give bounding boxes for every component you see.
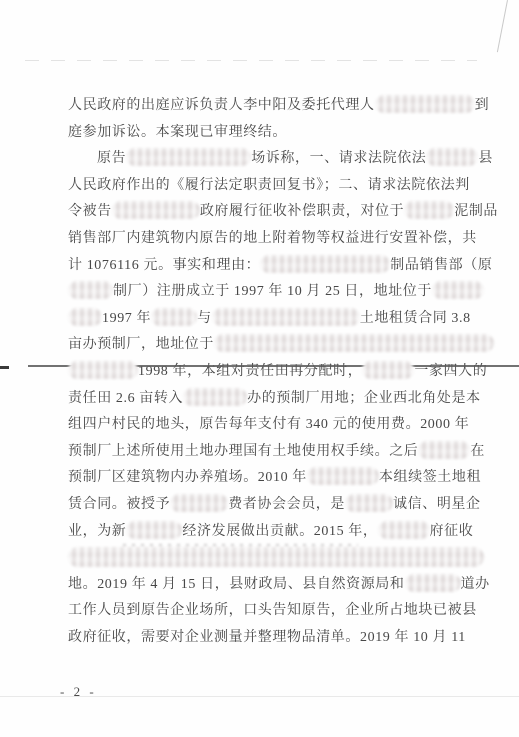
text-line: 工作人员到原告企业场所，口头告知原告，企业所占地块已被县 — [68, 600, 512, 622]
text-line: 预制厂上述所使用土地办理国有土地使用权手续。之后在 — [68, 441, 512, 463]
text-segment: 1997 年 — [102, 308, 151, 330]
text-line: 人民政府的出庭应诉负责人李中阳及委托代理人到 — [68, 95, 512, 117]
text-segment: 道办 — [461, 574, 490, 596]
text-segment: 地。2019 年 4 月 15 日，县财政局、县自然资源局和 — [68, 574, 405, 596]
text-line: 政府征收，需要对企业测量并整理物品清单。2019 年 10 月 11 — [68, 627, 512, 649]
text-segment: 土地租赁合同 3.8 — [360, 308, 471, 330]
redaction-blur — [126, 148, 251, 166]
text-line: 责任田 2.6 亩转入办的预制厂用地；企业西北角处是本 — [68, 388, 512, 410]
text-line: 计 1076116 元。事实和理由：制品销售部（原 — [68, 255, 512, 277]
text-segment: 制厂）注册成立于 1997 年 10 月 25 日，地址位于 — [113, 281, 432, 303]
redaction-blur — [183, 388, 247, 406]
redaction-blur — [112, 201, 200, 219]
text-segment: 办的预制厂用地；企业西北角处是本 — [247, 388, 481, 410]
redaction-blur — [345, 494, 393, 512]
text-segment: 预制厂上述所使用土地办理国有土地使用权手续。之后 — [68, 441, 418, 463]
text-segment: 组四户村民的地头，原告每年支付有 340 元的使用费。2000 年 — [68, 414, 469, 436]
text-segment: 在 — [470, 441, 485, 463]
text-line: 地。2019 年 4 月 15 日，县财政局、县自然资源局和道办 — [68, 574, 512, 596]
text-line: 人民政府作出的《履行法定职责回复书》；二、请求法院依法判 — [68, 175, 512, 197]
redaction-blur — [404, 201, 454, 219]
redaction-blur — [378, 521, 430, 539]
redaction-blur — [212, 308, 360, 326]
text-line: 令被告政府履行征收补偿职责，对位于泥制品 — [68, 201, 512, 223]
text-segment: 责任田 2.6 亩转入 — [68, 388, 183, 410]
text-line: 原告场诉称，一、请求法院依法县 — [68, 148, 519, 170]
redaction-blur — [418, 441, 470, 459]
redaction-blur — [68, 281, 113, 299]
text-segment: 经济发展做出贡献。2015 年， — [182, 521, 377, 543]
text-segment: 计 1076116 元。事实和理由： — [68, 255, 260, 277]
text-segment: 场诉称，一、请求法院依法 — [251, 148, 426, 170]
text-segment: 令被告 — [68, 201, 112, 223]
text-segment: 到 — [475, 95, 490, 117]
text-segment: 人民政府的出庭应诉负责人李中阳及委托代理人 — [68, 95, 375, 117]
page-number: - 2 - — [60, 684, 97, 700]
text-segment: 县 — [478, 148, 493, 170]
text-segment: 费者协会会员，是 — [228, 494, 345, 516]
text-segment: 亩办预制厂，地址位于 — [68, 334, 214, 356]
text-line: 1997 年与土地租赁合同 3.8 — [68, 308, 512, 330]
document-lines: 人民政府的出庭应诉负责人李中阳及委托代理人到庭参加诉讼。本案现已审理终结。原告场… — [0, 0, 519, 737]
text-line: 组四户村民的地头，原告每年支付有 340 元的使用费。2000 年 — [68, 414, 512, 436]
text-segment: 预制厂区建筑物内办养殖场。2010 年 — [68, 467, 307, 489]
scanned-document-page: 人民政府的出庭应诉负责人李中阳及委托代理人到庭参加诉讼。本案现已审理终结。原告场… — [0, 0, 519, 737]
text-line: 制厂）注册成立于 1997 年 10 月 25 日，地址位于 — [68, 281, 512, 303]
redaction-blur — [68, 361, 138, 379]
redaction-blur — [151, 308, 197, 326]
redaction-blur — [426, 148, 478, 166]
text-segment: 赁合同。被授予 — [68, 494, 170, 516]
text-segment: 业，为新 — [68, 521, 126, 543]
text-segment: 政府征收，需要对企业测量并整理物品清单。2019 年 10 月 11 — [68, 627, 466, 649]
text-line: 亩办预制厂，地址位于 — [68, 334, 512, 356]
text-segment: 庭参加诉讼。本案现已审理终结。 — [68, 122, 287, 144]
text-segment: 人民政府作出的《履行法定职责回复书》；二、请求法院依法判 — [68, 175, 470, 197]
text-line: 销售部厂内建筑物内原告的地上附着物等权益进行安置补偿，共 — [68, 228, 512, 250]
redaction-blur — [68, 547, 484, 567]
redaction-blur — [405, 574, 461, 592]
redaction-blur — [307, 467, 379, 485]
redaction-blur — [362, 361, 414, 379]
text-line: 预制厂区建筑物内办养殖场。2010 年本组续签土地租 — [68, 467, 512, 489]
text-segment: 销售部厂内建筑物内原告的地上附着物等权益进行安置补偿，共 — [68, 228, 477, 250]
redaction-blur — [432, 281, 484, 299]
text-segment: 与 — [197, 308, 212, 330]
text-segment: 本组续签土地租 — [379, 467, 481, 489]
text-segment: 原告 — [97, 148, 126, 170]
text-line — [68, 547, 512, 569]
text-segment: 府征收 — [430, 521, 474, 543]
text-line: 庭参加诉讼。本案现已审理终结。 — [68, 122, 512, 144]
text-segment: 制品销售部（原 — [390, 255, 492, 277]
redaction-blur — [375, 95, 475, 113]
text-line: 业，为新经济发展做出贡献。2015 年，府征收 — [68, 521, 512, 543]
text-segment: 诚信、明星企 — [393, 494, 481, 516]
text-segment: 政府履行征收补偿职责，对位于 — [200, 201, 404, 223]
redaction-blur — [126, 521, 182, 539]
text-segment: 工作人员到原告企业场所，口头告知原告，企业所占地块已被县 — [68, 600, 477, 622]
text-segment: 泥制品 — [454, 201, 498, 223]
text-line: 赁合同。被授予费者协会会员，是诚信、明星企 — [68, 494, 512, 516]
redaction-blur — [260, 255, 390, 273]
redaction-blur — [214, 334, 494, 352]
redaction-blur — [68, 308, 102, 326]
fold-line-left-tick — [0, 366, 9, 369]
redaction-blur — [170, 494, 228, 512]
